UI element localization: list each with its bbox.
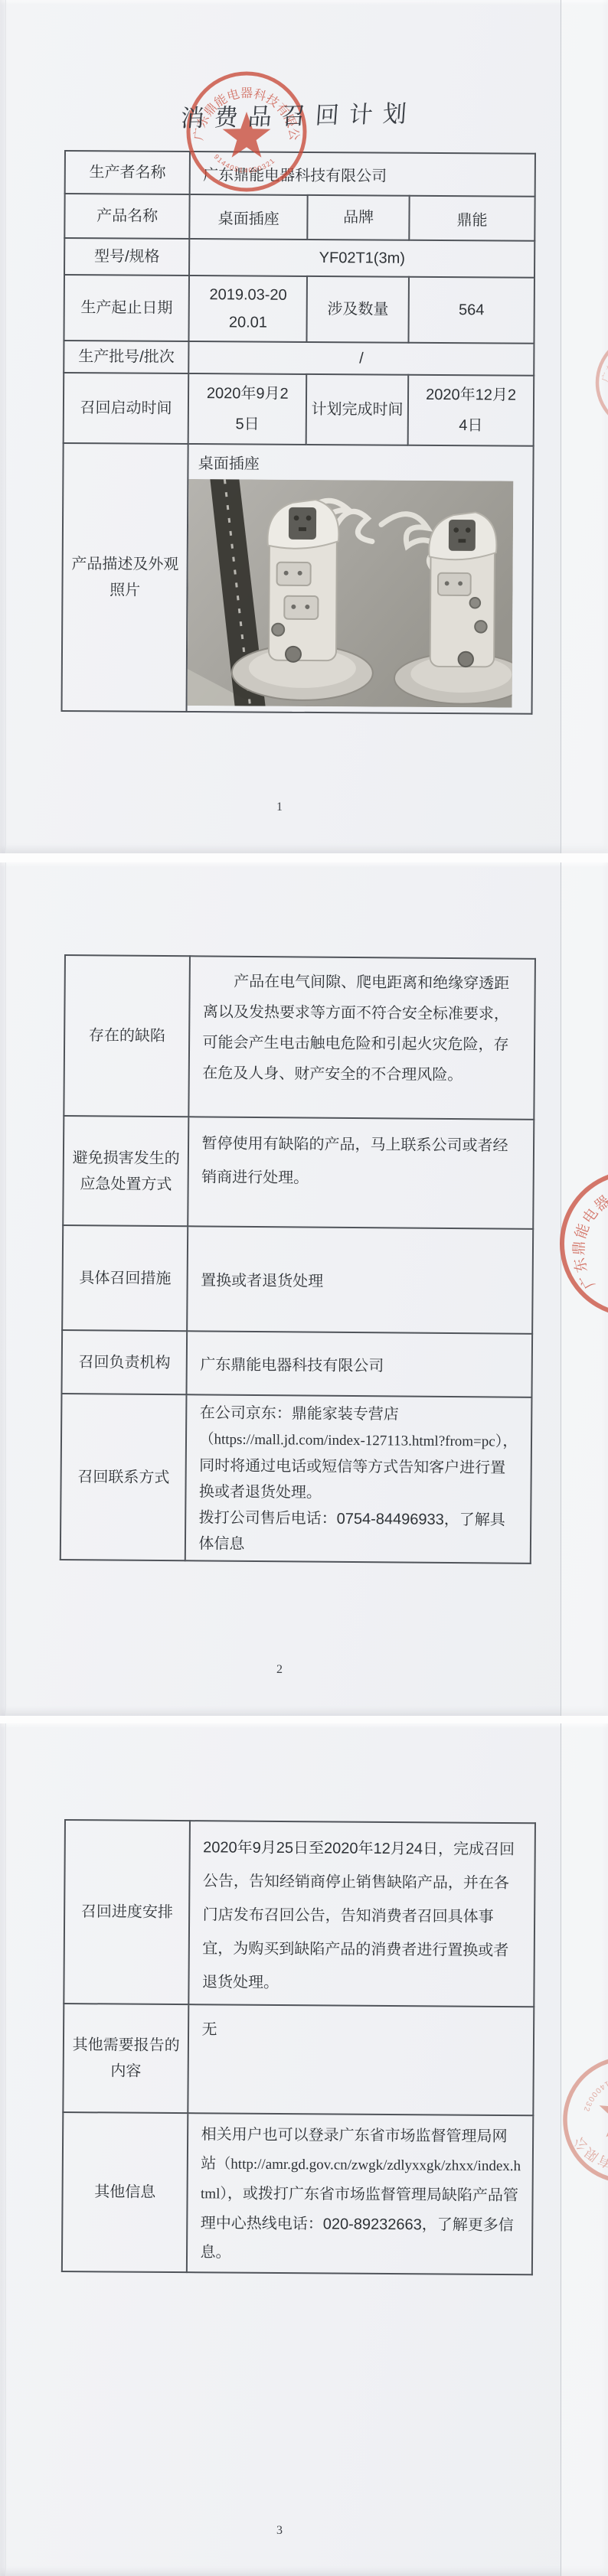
page-number: 3: [0, 2524, 559, 2538]
other-info-value: 相关用户也可以登录广东省市场监督管理局网站（http://amr.gd.gov.…: [187, 2113, 533, 2274]
recall-schedule-info-table: 召回进度安排 2020年9月25日至2020年12月24日，完成召回公告，告知经…: [61, 1819, 536, 2275]
responsible-org-label: 召回负责机构: [61, 1330, 187, 1394]
other-report-label: 其他需要报告的内容: [63, 2004, 188, 2113]
contact-phone-line: 拨打公司售后电话：0754-84496933，了解具体信息: [198, 1505, 519, 1559]
svg-text:91440514000321: 91440514000321: [212, 153, 276, 174]
recall-start-label: 召回启动时间: [64, 373, 189, 444]
contact-store-line: 在公司京东：鼎能家装专营店: [200, 1400, 521, 1428]
contact-url-line: （https://mall.jd.com/index-127113.html?f…: [199, 1426, 520, 1507]
table-row: 召回启动时间 2020年9月25日 计划完成时间 2020年12月24日: [64, 373, 534, 446]
plan-finish-value: 2020年12月24日: [408, 375, 534, 446]
page-number: 1: [0, 801, 559, 814]
page-separator: [0, 1716, 608, 1723]
emergency-handling-label: 避免损害发生的应急处置方式: [63, 1116, 189, 1226]
model-spec-value: YF02T1(3m): [189, 239, 534, 278]
paper-edge-left: [0, 0, 6, 853]
product-photo: [188, 479, 514, 708]
other-info-hotline: ，或拨打广东省市场监督管理局缺陷产品管理中心热线电话：020-89232663，…: [200, 2185, 518, 2261]
table-row: 召回联系方式 在公司京东：鼎能家装专营店 （https://mall.jd.co…: [60, 1394, 532, 1564]
product-name-value: 桌面插座: [190, 194, 308, 240]
emergency-handling-value: 暂停使用有缺陷的产品，马上联系公司或者经销商进行处理。: [188, 1117, 534, 1229]
recall-start-value: 2020年9月25日: [188, 373, 306, 445]
recall-contact-value: 在公司京东：鼎能家装专营店 （https://mall.jd.com/index…: [185, 1394, 531, 1564]
table-row: 存在的缺陷 产品在电气间隙、爬电距离和绝缘穿透距离以及发热要求等方面不符合安全标…: [64, 955, 535, 1120]
defect-label: 存在的缺陷: [64, 955, 190, 1117]
schedule-value: 2020年9月25日至2020年12月24日，完成召回公告，告知经销商停止销售缺…: [189, 1821, 535, 2007]
page-number: 2: [0, 1663, 559, 1677]
quantity-label: 涉及数量: [307, 276, 409, 343]
other-report-value: 无: [188, 2004, 534, 2115]
product-name-label: 产品名称: [64, 194, 190, 239]
photo-section-label: 产品描述及外观照片: [62, 443, 188, 712]
other-info-label: 其他信息: [62, 2112, 188, 2272]
handwritten-title: 消费品召回计划: [180, 94, 418, 134]
quantity-value: 564: [409, 277, 534, 344]
scanned-page-1: 消费品召回计划 广东鼎能电器科技有限公司 91440514000321 广东鼎能…: [0, 0, 608, 853]
production-dates-label: 生产起止日期: [64, 275, 189, 341]
page-separator: [0, 853, 608, 862]
table-row: 避免损害发生的应急处置方式 暂停使用有缺陷的产品，马上联系公司或者经销商进行处理…: [63, 1116, 534, 1229]
table-row: 生产批号/批次 /: [64, 341, 534, 376]
recall-product-info-table: 生产者名称 广东鼎能电器科技有限公司 产品名称 桌面插座 品牌 鼎能 型号/规格…: [61, 150, 536, 715]
responsible-org-value: 广东鼎能电器科技有限公司: [187, 1331, 532, 1397]
photo-caption: 桌面插座: [189, 445, 533, 480]
plan-finish-label: 计划完成时间: [306, 374, 408, 445]
producer-name-label: 生产者名称: [65, 151, 191, 194]
batch-value: /: [189, 341, 534, 376]
table-row: 召回负责机构 广东鼎能电器科技有限公司: [61, 1330, 532, 1397]
table-row: 型号/规格 YF02T1(3m): [64, 238, 534, 278]
brand-value: 鼎能: [409, 196, 534, 241]
table-row: 其他需要报告的内容 无: [63, 2004, 534, 2115]
scanned-page-3: 广东鼎能电器科技有限公司 91440514000321 召回进度安排 2020年…: [0, 1723, 608, 2576]
batch-label: 生产批号/批次: [64, 341, 189, 373]
table-row: 其他信息 相关用户也可以登录广东省市场监督管理局网站（http://amr.gd…: [62, 2112, 533, 2274]
recall-defect-info-table: 存在的缺陷 产品在电气间隙、爬电距离和绝缘穿透距离以及发热要求等方面不符合安全标…: [60, 954, 536, 1564]
paper-edge-left: [0, 1723, 6, 2576]
table-row: 产品名称 桌面插座 品牌 鼎能: [64, 194, 534, 241]
table-row: 召回进度安排 2020年9月25日至2020年12月24日，完成召回公告，告知经…: [64, 1820, 535, 2007]
defect-value: 产品在电气间隙、爬电距离和绝缘穿透距离以及发热要求等方面不符合安全标准要求，可能…: [189, 956, 535, 1120]
schedule-label: 召回进度安排: [64, 1820, 190, 2004]
stamp-code-text: 91440514000321: [212, 153, 276, 174]
production-dates-value: 2019.03-2020.01: [189, 276, 307, 342]
brand-label: 品牌: [308, 195, 410, 240]
scanned-page-2: 广东鼎能电器科技有限公司 91440514000321 存在的缺陷 产品在电气间…: [0, 862, 608, 1716]
table-row: 产品描述及外观照片 桌面插座: [62, 443, 534, 714]
paper-edge-left: [0, 862, 6, 1716]
recall-measures-label: 具体召回措施: [62, 1225, 188, 1331]
store-url: （https://mall.jd.com/index-127113.html?f…: [199, 1431, 502, 1449]
recall-measures-value: 置换或者退货处理: [188, 1226, 534, 1334]
table-row: 具体召回措施 置换或者退货处理: [62, 1225, 533, 1334]
photo-cell: 桌面插座: [187, 444, 534, 714]
table-row: 生产起止日期 2019.03-2020.01 涉及数量 564: [64, 275, 534, 344]
recall-contact-label: 召回联系方式: [60, 1394, 187, 1560]
model-spec-label: 型号/规格: [64, 238, 190, 276]
